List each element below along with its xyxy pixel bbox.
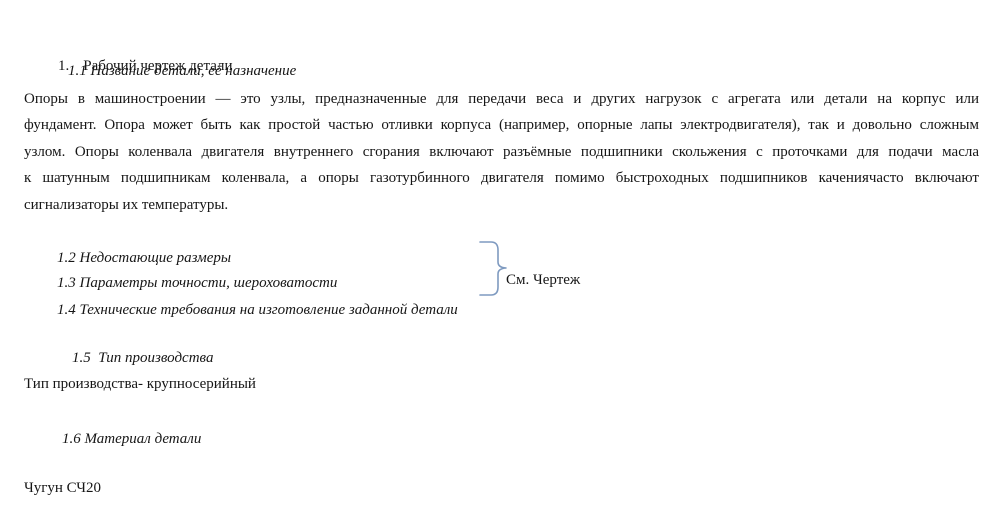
subheading-1-3: 1.3 Параметры точности, шероховатости: [57, 274, 337, 292]
paragraph-line: сигнализаторы их температуры.: [24, 192, 979, 218]
paragraph-line: узлом. Опоры коленвала двигателя внутрен…: [24, 139, 979, 165]
right-brace-shape: [477, 240, 511, 298]
document-page: 1.Рабочий чертеж детали 1.1 Название дет…: [0, 0, 1000, 514]
subheading-1-2: 1.2 Недостающие размеры: [57, 249, 231, 267]
material-text: Чугун СЧ20: [24, 479, 101, 497]
subheading-1-5: 1.5 Тип производства: [72, 349, 213, 367]
see-drawing-label: См. Чертеж: [506, 271, 580, 289]
subheading-1-6: 1.6 Материал детали: [62, 430, 201, 448]
subheading-1-4: 1.4 Технические требования на изготовлен…: [57, 301, 458, 319]
paragraph-line: фундамент. Опора может быть как простой …: [24, 112, 979, 138]
right-brace-path: [480, 242, 506, 295]
intro-paragraph: Опоры в машиностроении — это узлы, предн…: [24, 86, 979, 218]
paragraph-line: к шатунным подшипникам коленвала, а опор…: [24, 165, 979, 191]
production-type-text: Тип производства- крупносерийный: [24, 375, 256, 393]
subheading-1-1: 1.1 Название детали, её назначение: [68, 62, 296, 80]
paragraph-line: Опоры в машиностроении — это узлы, предн…: [24, 86, 979, 112]
